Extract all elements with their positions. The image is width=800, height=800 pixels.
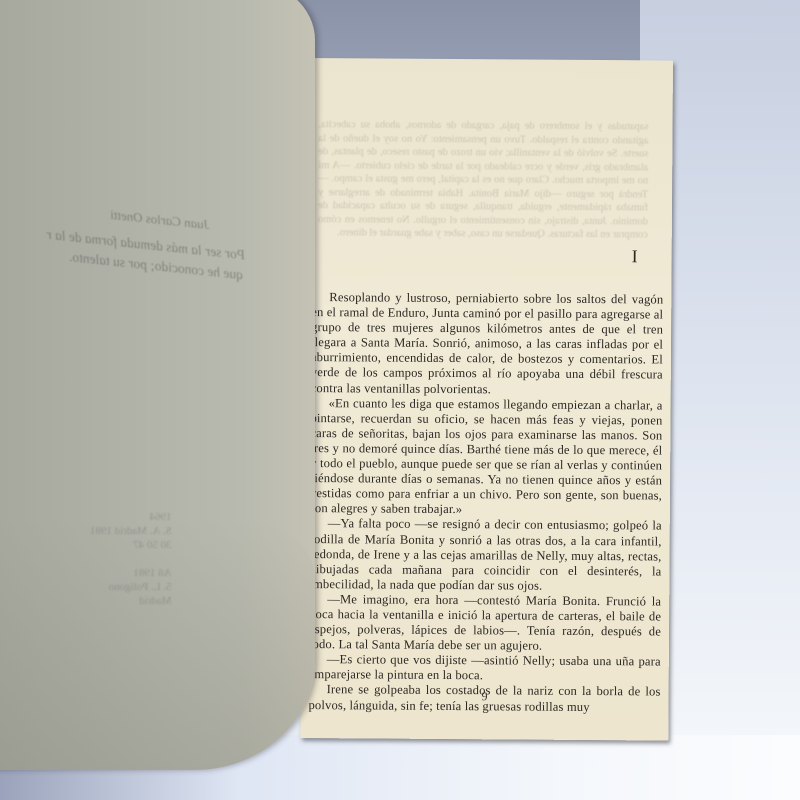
show-through-author: Juan Carlos Onetti — [109, 207, 210, 233]
show-through-dedication: Por ser la más demuda forma de la r que … — [43, 225, 246, 286]
paragraph: «En cuanto les diga que estamos llegando… — [310, 396, 663, 519]
chapter-number: I — [632, 246, 638, 267]
right-page: sapatudas y el sombrero de paja, cargado… — [300, 58, 673, 741]
paragraph: —Es cierto que vos dijiste —asintió Nell… — [309, 652, 661, 685]
show-through-imprint: 1964 S. A. Madrid 1981 30 50 47 Añ 1981 … — [90, 510, 172, 608]
book-photo: sapatudas y el sombrero de paja, cargado… — [0, 0, 800, 800]
paragraph: —Me imagino, era hora —contestó María Bo… — [309, 592, 661, 655]
paragraph: —Ya falta poco —se resignó a decir con e… — [309, 516, 662, 594]
show-through-text: sapatudas y el sombrero de paja, cargado… — [318, 118, 649, 242]
left-page: Juan Carlos Onetti Por ser la más demuda… — [0, 0, 315, 770]
page-body: Resoplando y lustroso, perniabierto sobr… — [308, 290, 663, 715]
page-number: 9 — [300, 688, 668, 706]
paragraph: Resoplando y lustroso, perniabierto sobr… — [311, 290, 664, 398]
